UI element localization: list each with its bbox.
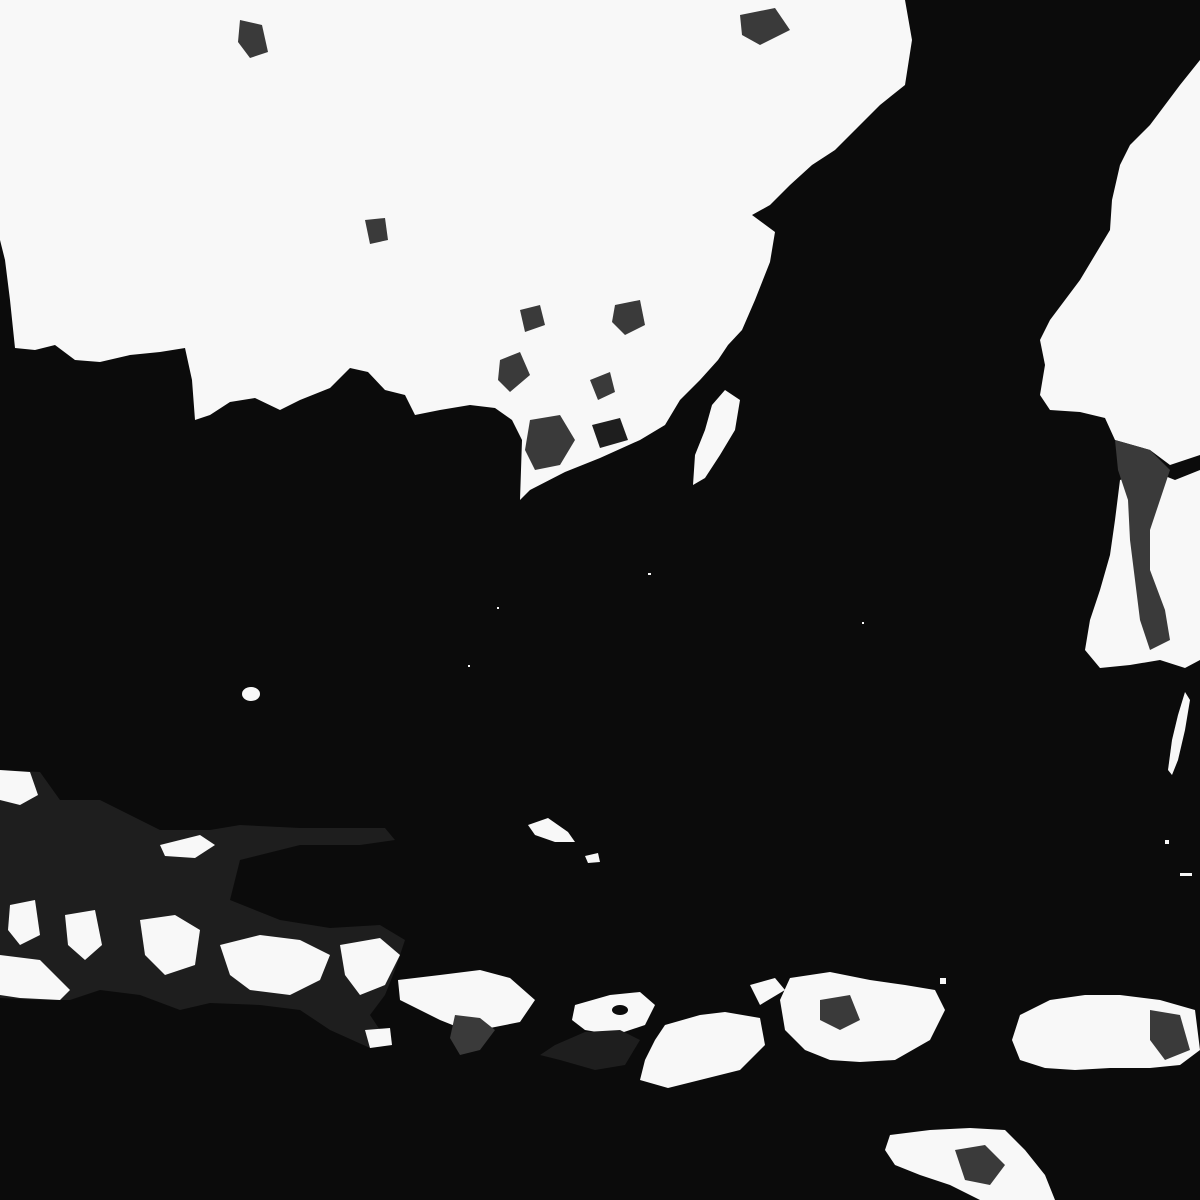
land-mask-map bbox=[0, 0, 1200, 1200]
landmass-small-central-islet bbox=[242, 687, 260, 701]
south-island-2-crater-lake bbox=[612, 1005, 628, 1015]
